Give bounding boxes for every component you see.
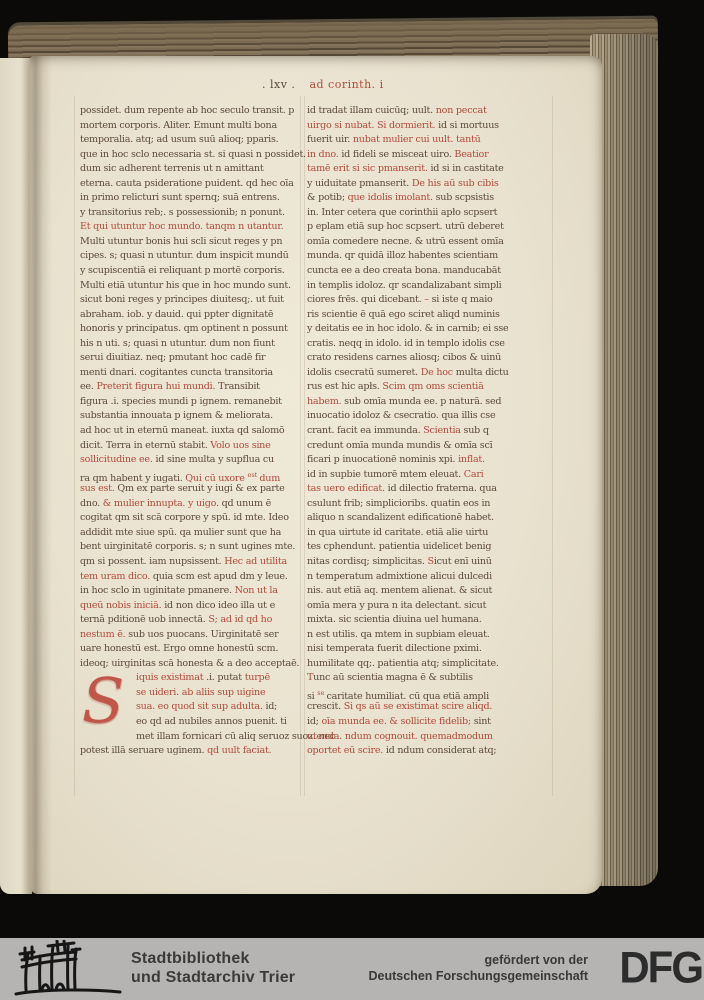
manuscript-text-line: mortem corporis. Aliter. Emunt multi bon… — [80, 119, 306, 134]
manuscript-text-line: cratis. neqq in idolo. id in templo idol… — [307, 337, 553, 352]
text-segment: substantia innouata p ignem & meliorata. — [80, 410, 273, 421]
manuscript-text-line: substantia innouata p ignem & meliorata. — [80, 409, 306, 424]
manuscript-text-line: menti dnari. cogitantes cuncta transitor… — [80, 366, 306, 381]
text-segment: crant. facit ea immunda. — [307, 425, 423, 436]
funding-line2: Deutschen Forschungsgemeinschaft — [369, 969, 589, 985]
text-segment: tas uero edificat. — [307, 483, 388, 494]
text-segment: fuerit uir. — [307, 134, 353, 145]
manuscript-page: . lxv .ad corinth. i possidet. dum repen… — [30, 56, 602, 894]
manuscript-text-line: cipes. s; quasi n utuntur. dum inspicit … — [80, 249, 306, 264]
stadtbibliothek-trier-logo porta-nigra-icon — [12, 940, 124, 998]
text-segment: & mulier innupta. y uigo. — [103, 498, 222, 509]
manuscript-text-line: y uiduitate pmanserit. De his aū sub cib… — [307, 177, 553, 192]
text-segment: se — [317, 689, 326, 697]
manuscript-text-line: honoris y principatus. qm optinent n pos… — [80, 322, 306, 337]
library-name-line2: und Stadtarchiv Trier — [131, 968, 295, 987]
text-segment: dicit. Terra in eternū stabit. — [80, 440, 210, 451]
text-segment: iquis existimat — [136, 672, 206, 683]
funding-line1: gefördert von der — [369, 953, 589, 969]
text-segment: sub uos puocans. Uirginitatē ser — [128, 629, 278, 640]
manuscript-text-line: n est utilis. qa mtem in supbiam eleuat. — [307, 628, 553, 643]
text-segment: Volo uos sine — [210, 440, 270, 451]
manuscript-text-line: tes cphendunt. patientia uidelicet benig — [307, 540, 553, 555]
text-segment: sua. eo quod sit sup adulta. — [136, 701, 265, 712]
manuscript-text-line: Multi etiā utuntur his que in hoc mundo … — [80, 279, 306, 294]
library-name: Stadtbibliothek und Stadtarchiv Trier — [131, 949, 295, 987]
text-segment: rus est hic apłs. — [307, 381, 382, 392]
text-segment: ris scientie ē quā ego sciret aliqd numi… — [307, 309, 500, 320]
manuscript-text-line: si se caritate humiliat. cū qua etiā amp… — [307, 686, 553, 701]
text-segment: id in supbie tumorē mtem eleuat. — [307, 469, 464, 480]
library-name-line1: Stadtbibliothek — [131, 949, 295, 968]
manuscript-text-line: sicut boni reges y principes diuitesq;. … — [80, 293, 306, 308]
manuscript-text-line: ternā pditionē uob innectā. S; ad id qd … — [80, 613, 306, 628]
text-segment: sint — [474, 716, 491, 727]
text-segment: Multi etiā utuntur his que in hoc mundo … — [80, 280, 291, 291]
text-segment: aliquo n scandalizent edificationē habet… — [307, 512, 494, 523]
text-segment: cratis. neqq in idolo. id in templo idol… — [307, 338, 505, 349]
text-segment: est — [248, 471, 260, 479]
manuscript-text-line: queū nobis iniciā. id non dico ideo illa… — [80, 599, 306, 614]
text-segment: utenda. ndum cognouit. quemadmodum — [307, 731, 493, 742]
text-segment: munda. qr quidā illoz habentes scientiam — [307, 250, 498, 261]
text-segment: menti dnari. cogitantes cuncta transitor… — [80, 367, 273, 378]
manuscript-text-line: habem. sub omīa munda ee. p naturā. sed — [307, 395, 553, 410]
manuscript-text-line: n temperatum admixtione alicui dulcedi — [307, 570, 553, 585]
manuscript-text-line: eterna. cauta psideratione puident. qd h… — [80, 177, 306, 192]
manuscript-text-line: nitas cordisq; simplicitas. Sicut enī ui… — [307, 555, 553, 570]
text-segment: in qua uirtute id caritate. etiā alie ui… — [307, 527, 488, 538]
manuscript-text-line: p eplam etiā sup hoc scpsert. utrū deber… — [307, 220, 553, 235]
dfg-logo: DFG — [619, 943, 702, 993]
text-segment: id non dico ideo illa ut e — [164, 600, 275, 611]
manuscript-text-line: omīa comedere necne. & utrū essent omīa — [307, 235, 553, 250]
manuscript-text-line: Multi utuntur bonis hui scli sicut reges… — [80, 235, 306, 250]
manuscript-text-line: crescit. Si qs aū se existimat scire ali… — [307, 700, 553, 715]
text-segment: y uiduitate pmanserit. — [307, 178, 412, 189]
text-segment: tem uram dico. — [80, 571, 153, 582]
manuscript-text-line: id tradat illam cuicūq; uult. non peccat — [307, 104, 553, 119]
text-segment: se uideri. ab aliis sup uigine — [136, 687, 265, 698]
text-segment: id sine multa y supflua cu — [155, 454, 273, 465]
manuscript-text-line: nisi temperata fuerit dilectione pximi. — [307, 642, 553, 657]
text-segment: abraham. iob. y dauid. qui ppter dignita… — [80, 309, 273, 320]
text-segment: id ndum considerat atq; — [386, 745, 496, 756]
text-segment: Qm ex parte seruit y iugi & ex parte — [117, 483, 284, 494]
text-segment: Scim qm oms scientiā — [382, 381, 483, 392]
text-segment: Et qui utuntur hoc mundo. tanqm n utantu… — [80, 221, 283, 232]
text-segment: qd unum ē — [222, 498, 271, 509]
text-segment: ideoq; uirginitas scā honesta & a deo ac… — [80, 658, 299, 669]
text-segment: in hoc sclo in uginitate pmanere. — [80, 585, 235, 596]
manuscript-text-line: crant. facit ea immunda. Scientia sub q — [307, 424, 553, 439]
manuscript-text-line: aliquo n scandalizent edificationē habet… — [307, 511, 553, 526]
text-segment: Non ut la — [235, 585, 278, 596]
text-segment: quia scm est apud dm y leue. — [153, 571, 288, 582]
text-segment: mixta. sic scientia diuina uel humana. — [307, 614, 482, 625]
text-segment: multa dictu — [456, 367, 509, 378]
text-segment: nisi temperata fuerit dilectione pximi. — [307, 643, 482, 654]
manuscript-text-line: nis. aut etiā aq. mentem alienat. & sicu… — [307, 584, 553, 599]
text-segment: ee. — [80, 381, 96, 392]
text-segment: uare honestū est. Ergo omne honestū scm. — [80, 643, 278, 654]
manuscript-text-line: ee. Preterit figura hui mundi. Transibit — [80, 380, 306, 395]
manuscript-text-line: in hoc sclo in uginitate pmanere. Non ut… — [80, 584, 306, 599]
text-segment: his n uti. s; quasi n utuntur. dum non f… — [80, 338, 275, 349]
manuscript-text-line: figura .i. species mundi p ignem. remane… — [80, 395, 306, 410]
text-segment: id fideli se misceat uiro. — [341, 149, 454, 160]
text-segment: Si qs aū se existimat scire aliqd. — [344, 701, 493, 712]
text-segment: nubat mulier cui uult. tantū — [353, 134, 481, 145]
text-segment: habem. — [307, 396, 344, 407]
text-segment: Multi utuntur bonis hui scli sicut reges… — [80, 236, 282, 247]
manuscript-text-line: cuncta ee a deo creata bona. manducabāt — [307, 264, 553, 279]
text-segment: n est utilis. qa mtem in supbiam eleuat. — [307, 629, 490, 640]
text-segment: .i. putat — [206, 672, 245, 683]
manuscript-text-line: cogitat qm sit scā corpore y spū. id mte… — [80, 511, 306, 526]
text-segment: eterna. cauta psideratione puident. qd h… — [80, 178, 294, 189]
text-column-right: id tradat illam cuicūq; uult. non peccat… — [307, 104, 553, 759]
manuscript-text-line: possidet. dum repente ab hoc seculo tran… — [80, 104, 306, 119]
text-segment: nestum ē. — [80, 629, 128, 640]
manuscript-text-line: bent uirginitatē corporis. s; n sunt ugi… — [80, 540, 306, 555]
text-segment: sub omīa munda ee. p naturā. sed — [344, 396, 501, 407]
manuscript-text-line: Et qui utuntur hoc mundo. tanqm n utantu… — [80, 220, 306, 235]
text-segment: sus est. — [80, 483, 117, 494]
text-segment: De his aū sub cibis — [412, 178, 499, 189]
manuscript-text-line: fuerit uir. nubat mulier cui uult. tantū — [307, 133, 553, 148]
text-segment: Transibit — [218, 381, 260, 392]
manuscript-text-line: sus est. Qm ex parte seruit y iugi & ex … — [80, 482, 306, 497]
manuscript-text-line: & potib; que idolis imolant. sub scpsist… — [307, 191, 553, 206]
manuscript-text-line: in qua uirtute id caritate. etiā alie ui… — [307, 526, 553, 541]
manuscript-text-line: tamē erit si sic pmanserit. id si in cas… — [307, 162, 553, 177]
text-segment: csulunt frib; simplicioribs. quatin eos … — [307, 498, 490, 509]
text-segment: Preterit figura hui mundi. — [96, 381, 218, 392]
text-segment: ternā pditionē uob innectā. — [80, 614, 208, 625]
manuscript-text-line: mixta. sic scientia diuina uel humana. — [307, 613, 553, 628]
manuscript-text-line: sollicitudine ee. id sine multa y supflu… — [80, 453, 306, 468]
manuscript-text-line: Tunc aū scientia magna ē & subtilis — [307, 671, 553, 686]
text-segment: id si mortuus — [438, 120, 499, 131]
text-segment: dno. — [80, 498, 103, 509]
manuscript-text-line: qm si possent. iam nupsissent. Hec ad ut… — [80, 555, 306, 570]
manuscript-text-line: idolis csecratū sumeret. De hoc multa di… — [307, 366, 553, 381]
text-segment: – — [424, 294, 431, 305]
text-segment: n temperatum admixtione alicui dulcedi — [307, 571, 492, 582]
text-segment: S; ad id qd ho — [208, 614, 272, 625]
text-segment: serui diuitiaz. neq; pmutant hoc cadē fi… — [80, 352, 265, 363]
text-segment: tamē erit si sic pmanserit. — [307, 163, 430, 174]
text-segment: omīa mera y pura n ita delectant. sicut — [307, 600, 486, 611]
manuscript-text-line: y transitorius reb;. s possessionib; n p… — [80, 206, 306, 221]
text-segment: cipes. s; quasi n utuntur. dum inspicit … — [80, 250, 289, 261]
text-segment: id si in castitate — [430, 163, 503, 174]
text-segment: idolis csecratū sumeret. — [307, 367, 421, 378]
column-ruling-line — [74, 96, 75, 796]
text-segment: icut enī uinū — [434, 556, 492, 567]
text-segment: Cari — [464, 469, 484, 480]
text-segment: nis. aut etiā aq. mentem alienat. & sicu… — [307, 585, 492, 596]
manuscript-text-line: y scupiscentiā ei reliquant p mortē corp… — [80, 264, 306, 279]
manuscript-text-line: in primo relicturi sunt spernq; suā entr… — [80, 191, 306, 206]
manuscript-text-line: dno. & mulier innupta. y uigo. qd unum ē — [80, 497, 306, 512]
manuscript-text-line: ideoq; uirginitas scā honesta & a deo ac… — [80, 657, 306, 672]
manuscript-text-line: id in supbie tumorē mtem eleuat. Cari — [307, 468, 553, 483]
manuscript-text-line: in dno. id fideli se misceat uiro. Beati… — [307, 148, 553, 163]
manuscript-text-line: utenda. ndum cognouit. quemadmodum — [307, 730, 553, 745]
text-segment: dum sic adherent terrenis ut n amittant — [80, 163, 263, 174]
text-segment: mortem corporis. Aliter. Emunt multi bon… — [80, 120, 277, 131]
manuscript-text-line: his n uti. s; quasi n utuntur. dum non f… — [80, 337, 306, 352]
text-segment: potest illā seruare uginem. — [80, 745, 207, 756]
manuscript-text-line: ris scientie ē quā ego sciret aliqd numi… — [307, 308, 553, 323]
text-segment: tes cphendunt. patientia uidelicet benig — [307, 541, 491, 552]
text-segment: uirgo si nubat. Si dormierit. — [307, 120, 438, 131]
text-segment: sub scpsistis — [436, 192, 494, 203]
text-segment: sollicitudine ee. — [80, 454, 155, 465]
text-segment: cuncta ee a deo creata bona. manducabāt — [307, 265, 501, 276]
text-segment: met illam fornicari cū aliq seruoz suoz.… — [136, 731, 335, 742]
text-segment: possidet. dum repente ab hoc seculo tran… — [80, 105, 294, 116]
text-segment: addidit mte siue spū. qa mulier sunt que… — [80, 527, 281, 538]
text-segment: in dno. — [307, 149, 341, 160]
text-segment: y scupiscentiā ei reliquant p mortē corp… — [80, 265, 285, 276]
manuscript-text-line: ad hoc ut in eternū maneat. iuxta qd sal… — [80, 424, 306, 439]
text-segment: in primo relicturi sunt spernq; suā entr… — [80, 192, 280, 203]
manuscript-text-line: humilitate qq;. patientia atq; simplicit… — [307, 657, 553, 672]
text-segment: credunt omīa munda mundis & omīa scī — [307, 440, 492, 451]
manuscript-text-line: dicit. Terra in eternū stabit. Volo uos … — [80, 439, 306, 454]
text-segment: non peccat — [436, 105, 487, 116]
facing-page-edge — [0, 58, 32, 894]
text-segment: y deitatis ee in hoc idolo. & in carnib;… — [307, 323, 508, 334]
manuscript-text-line: que in hoc sclo necessaria st. si quasi … — [80, 148, 306, 163]
manuscript-text-line: omīa mera y pura n ita delectant. sicut — [307, 599, 553, 614]
manuscript-text-line: crato residens carnes aliosq; cibos & ui… — [307, 351, 553, 366]
text-segment: honoris y principatus. qm optinent n pos… — [80, 323, 288, 334]
text-segment: queū nobis iniciā. — [80, 600, 164, 611]
manuscript-text-line: abraham. iob. y dauid. qui ppter dignita… — [80, 308, 306, 323]
text-segment: ficari p inuocationē nominis xpi. — [307, 454, 458, 465]
text-segment: cogitat qm sit scā corpore y spū. id mte… — [80, 512, 289, 523]
text-segment: figura .i. species mundi p ignem. remane… — [80, 396, 282, 407]
manuscript-text-line: tas uero edificat. id dilectio fraterna.… — [307, 482, 553, 497]
text-segment: inflat. — [458, 454, 485, 465]
manuscript-text-line: rus est hic apłs. Scim qm oms scientiā — [307, 380, 553, 395]
manuscript-text-line: oportet eū scire. id ndum considerat atq… — [307, 744, 553, 759]
text-segment: unc aū scientia magna ē & subtilis — [313, 672, 473, 683]
text-segment: qd uult faciat. — [207, 745, 271, 756]
manuscript-text-line: potest illā seruare uginem. qd uult faci… — [80, 744, 306, 759]
manuscript-text-line: credunt omīa munda mundis & omīa scī — [307, 439, 553, 454]
text-segment: p eplam etiā sup hoc scpsert. utrū deber… — [307, 221, 504, 232]
text-segment: sicut boni reges y principes diuitesq;. … — [80, 294, 284, 305]
manuscript-text-line: in. Inter cetera que corinthii apło scps… — [307, 206, 553, 221]
manuscript-text-line: id; oīa munda ee. & sollicite fidelib; s… — [307, 715, 553, 730]
photographed-manuscript-book: . lxv .ad corinth. i possidet. dum repen… — [0, 0, 704, 1000]
text-segment: id; — [265, 701, 277, 712]
manuscript-text-line: y deitatis ee in hoc idolo. & in carnib;… — [307, 322, 553, 337]
text-segment: id; — [307, 716, 322, 727]
text-segment: ciores frēs. qui dicebant. — [307, 294, 424, 305]
decorated-initial: S — [76, 673, 130, 733]
text-segment: & potib; — [307, 192, 348, 203]
text-segment: inuocatio idoloz & csecratio. qua illis … — [307, 410, 495, 421]
text-segment: omīa comedere necne. & utrū essent omīa — [307, 236, 504, 247]
manuscript-text-line: uare honestū est. Ergo omne honestū scm. — [80, 642, 306, 657]
text-segment: oportet eū scire. — [307, 745, 386, 756]
text-segment: qm si possent. iam nupsissent. — [80, 556, 224, 567]
text-segment: crato residens carnes aliosq; cibos & ui… — [307, 352, 501, 363]
manuscript-text-line: munda. qr quidā illoz habentes scientiam — [307, 249, 553, 264]
manuscript-text-line: serui diuitiaz. neq; pmutant hoc cadē fi… — [80, 351, 306, 366]
manuscript-text-line: addidit mte siue spū. qa mulier sunt que… — [80, 526, 306, 541]
text-segment: si iste q maio — [432, 294, 493, 305]
text-segment: ad hoc ut in eternū maneat. iuxta qd sal… — [80, 425, 284, 436]
running-header: . lxv .ad corinth. i — [262, 78, 384, 91]
text-segment: turpē — [245, 672, 270, 683]
text-segment: sub q — [464, 425, 489, 436]
text-segment: bent uirginitatē corporis. s; n sunt ugi… — [80, 541, 295, 552]
text-segment: eo qd ad nubiles annos puenit. ti — [136, 716, 287, 727]
text-segment: nitas cordisq; simplicitas. — [307, 556, 428, 567]
text-segment: id dilectio fraterna. qua — [388, 483, 497, 494]
text-segment: Hec ad utilita — [224, 556, 287, 567]
text-segment: De hoc — [421, 367, 456, 378]
text-segment: Scientia — [423, 425, 463, 436]
text-segment: temporalia. atq; ad usum suū alioq; ppar… — [80, 134, 278, 145]
manuscript-text-line: tem uram dico. quia scm est apud dm y le… — [80, 570, 306, 585]
running-title: ad corinth. i — [309, 78, 383, 91]
manuscript-text-line: ficari p inuocationē nominis xpi. inflat… — [307, 453, 553, 468]
manuscript-text-line: nestum ē. sub uos puocans. Uirginitatē s… — [80, 628, 306, 643]
manuscript-text-line: ciores frēs. qui dicebant. – si iste q m… — [307, 293, 553, 308]
manuscript-text-line: temporalia. atq; ad usum suū alioq; ppar… — [80, 133, 306, 148]
text-column-left: possidet. dum repente ab hoc seculo tran… — [80, 104, 306, 759]
manuscript-text-line: dum sic adherent terrenis ut n amittant — [80, 162, 306, 177]
manuscript-text-line: inuocatio idoloz & csecratio. qua illis … — [307, 409, 553, 424]
text-segment: humilitate qq;. patientia atq; simplicit… — [307, 658, 499, 669]
folio-number: . lxv . — [262, 78, 295, 91]
manuscript-text-line: csulunt frib; simplicioribs. quatin eos … — [307, 497, 553, 512]
manuscript-text-line: in templis idoloz. qr scandalizabant sim… — [307, 279, 553, 294]
text-segment: oīa munda ee. & sollicite fidelib; — [322, 716, 474, 727]
text-segment: id tradat illam cuicūq; uult. — [307, 105, 436, 116]
text-segment: crescit. — [307, 701, 344, 712]
text-segment: que in hoc sclo necessaria st. si quasi … — [80, 149, 306, 160]
manuscript-text-line: uirgo si nubat. Si dormierit. id si mort… — [307, 119, 553, 134]
text-segment: in templis idoloz. qr scandalizabant sim… — [307, 280, 501, 291]
text-segment: in. Inter cetera que corinthii apło scps… — [307, 207, 497, 218]
text-segment: y transitorius reb;. s possessionib; n p… — [80, 207, 285, 218]
manuscript-text-line: ra qm habent y iugati. Qui cū uxore est … — [80, 468, 306, 483]
footer-banner: Stadtbibliothek und Stadtarchiv Trier ge… — [0, 938, 704, 1000]
text-segment: Beatior — [454, 149, 488, 160]
funding-credit: gefördert von der Deutschen Forschungsge… — [369, 953, 589, 984]
text-segment: que idolis imolant. — [348, 192, 436, 203]
